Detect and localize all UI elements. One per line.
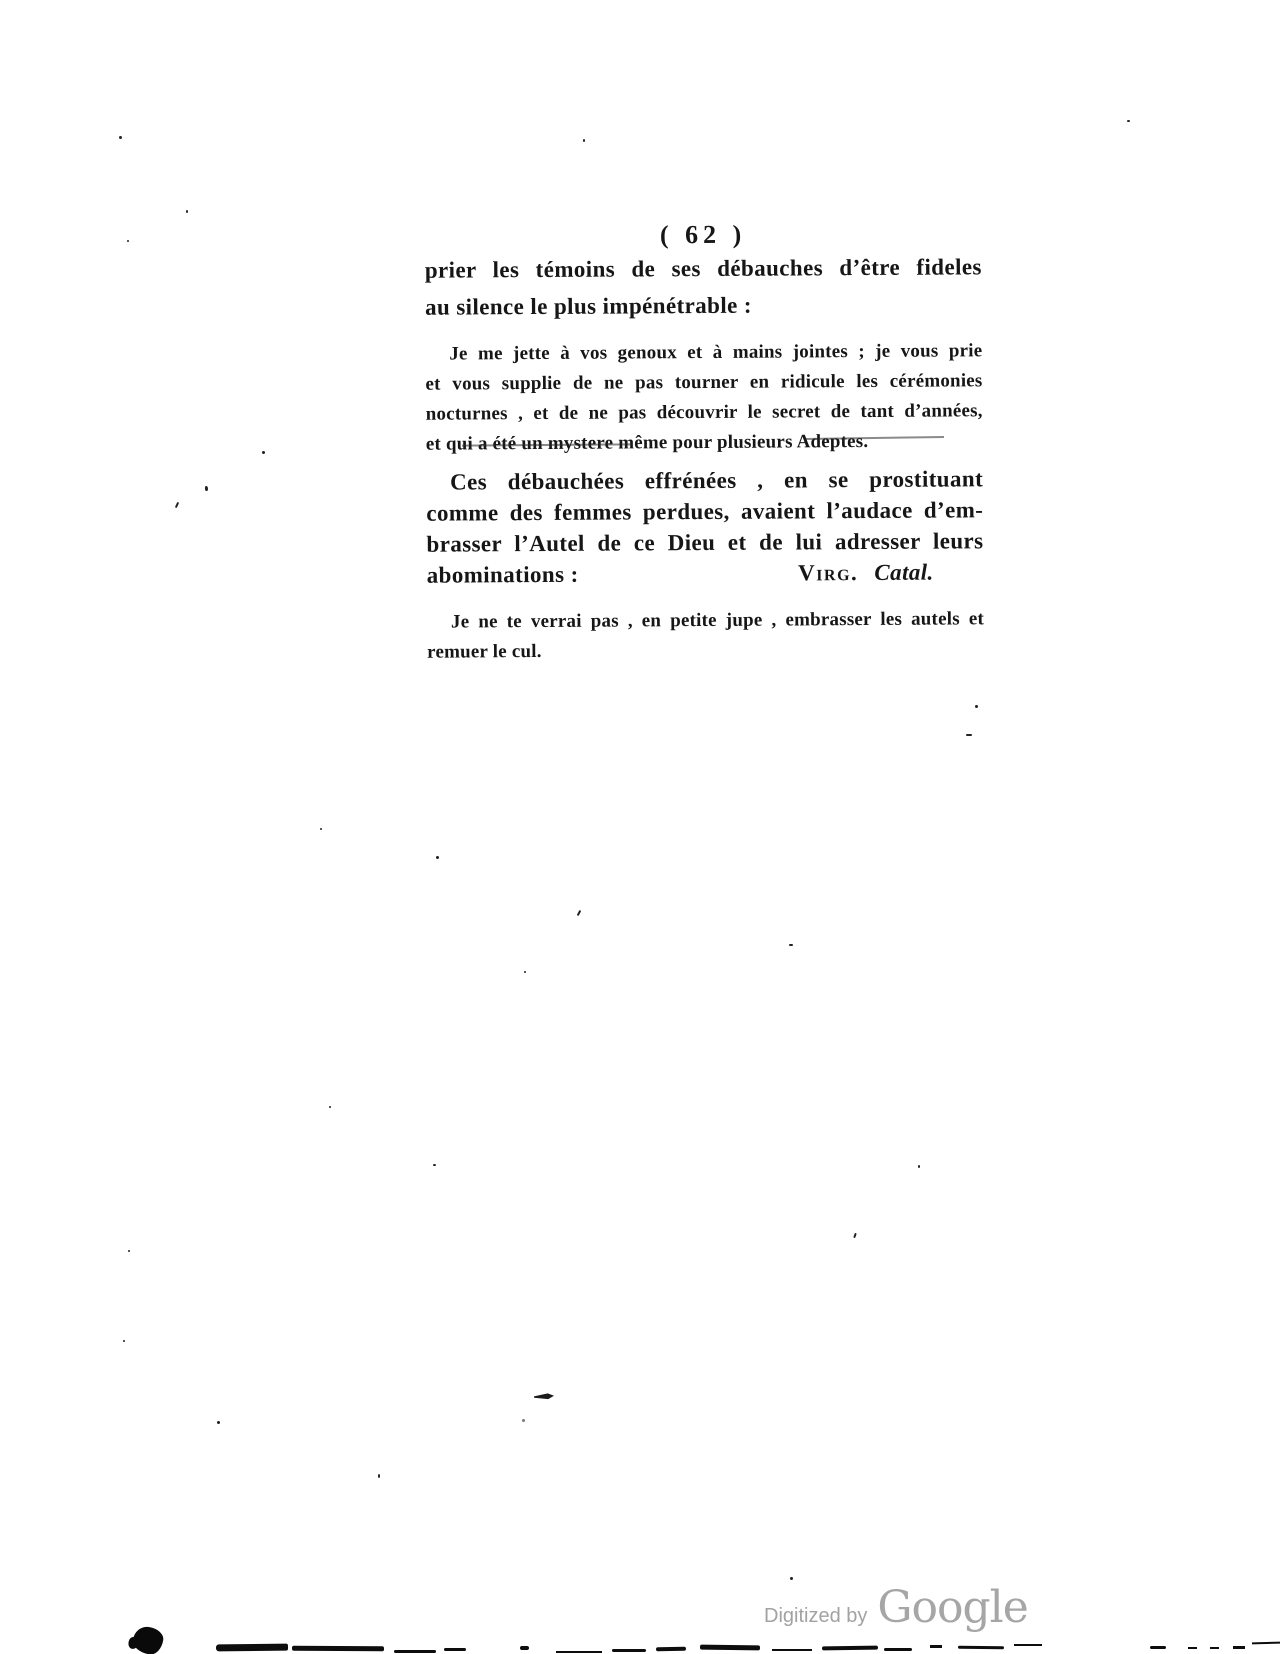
text-line: Je ne te verrai pas , en petite jupe , e… xyxy=(427,608,984,641)
ink-speck xyxy=(378,1474,380,1478)
ink-speck xyxy=(123,1340,125,1342)
edge-mark xyxy=(656,1647,686,1652)
ink-speck xyxy=(966,734,972,736)
citation: Virg. Catal. xyxy=(798,560,934,587)
text-line: comme des femmes perdues, avaient l’auda… xyxy=(426,497,983,531)
edge-mark xyxy=(884,1648,912,1651)
edge-mark xyxy=(1188,1647,1197,1649)
ink-speck xyxy=(329,1106,331,1108)
attribution-line: abominations : Virg. Catal. xyxy=(427,559,984,593)
text-line: nocturnes , et de ne pas découvrir le se… xyxy=(426,400,983,433)
text-block: ( 62 ) prier les témoins de ses débauche… xyxy=(423,0,990,1654)
ink-speck xyxy=(127,240,129,242)
ink-speck xyxy=(789,944,793,946)
ink-speck xyxy=(522,1419,525,1422)
edge-mark xyxy=(822,1646,878,1651)
edge-mark xyxy=(700,1645,760,1651)
edge-mark xyxy=(1150,1646,1166,1649)
ink-speck xyxy=(217,1421,220,1424)
ink-blob xyxy=(131,1625,164,1654)
citation-author: Virg. xyxy=(798,560,858,585)
edge-mark xyxy=(216,1644,288,1652)
text-line: au silence le plus impénétrable : xyxy=(425,291,982,331)
edge-mark xyxy=(556,1651,602,1653)
ink-speck xyxy=(433,1164,436,1166)
ink-speck xyxy=(790,1577,793,1580)
paragraph-main: Ces débauchées effrénées , en se prostit… xyxy=(426,466,984,593)
ink-speck xyxy=(1127,120,1130,122)
edge-mark xyxy=(930,1645,942,1648)
ink-speck xyxy=(205,486,208,491)
paragraph-continuation: prier les témoins de ses débauches d’êtr… xyxy=(425,254,982,331)
ink-speck xyxy=(436,856,439,859)
ink-speck xyxy=(918,1165,920,1168)
blockquote-verse: Je ne te verrai pas , en petite jupe , e… xyxy=(427,608,984,671)
edge-mark xyxy=(1252,1642,1280,1645)
edge-mark xyxy=(292,1646,384,1652)
edge-mark xyxy=(394,1650,436,1653)
edge-mark xyxy=(1014,1644,1042,1646)
google-logo: Google xyxy=(877,1586,1027,1630)
text-line: brasser l’Autel de ce Dieu et de lui adr… xyxy=(426,528,983,562)
edge-mark xyxy=(444,1648,466,1651)
text-line: prier les témoins de ses débauches d’êtr… xyxy=(425,254,982,294)
ink-speck xyxy=(524,971,526,973)
edge-mark xyxy=(772,1649,812,1651)
ink-speck xyxy=(186,210,188,213)
ink-speck xyxy=(583,139,585,142)
page-number: ( 62 ) xyxy=(425,218,982,251)
citation-work: Catal. xyxy=(874,560,933,585)
edge-mark xyxy=(520,1646,529,1650)
edge-mark xyxy=(1210,1647,1219,1649)
ink-speck xyxy=(119,136,122,139)
text-line: abominations : xyxy=(427,562,579,588)
text-line: Ces débauchées effrénées , en se prostit… xyxy=(426,466,983,500)
edge-mark xyxy=(612,1649,646,1652)
ink-speck xyxy=(262,451,265,454)
watermark: Digitized by Google xyxy=(764,1586,1028,1630)
text-line: et qui a été un mystere même pour plusie… xyxy=(426,430,983,463)
ink-speck xyxy=(175,502,179,508)
ink-speck xyxy=(975,705,978,708)
edge-mark xyxy=(1233,1646,1245,1649)
scanned-book-page: ( 62 ) prier les témoins de ses débauche… xyxy=(0,0,1280,1654)
text-line: et vous supplie de ne pas tourner en rid… xyxy=(425,370,982,403)
ink-speck xyxy=(128,1250,130,1252)
text-line: Je me jette à vos genoux et à mains join… xyxy=(425,340,982,373)
digitized-by-label: Digitized by xyxy=(764,1605,867,1628)
edge-mark xyxy=(958,1646,1004,1649)
ink-speck xyxy=(320,828,322,830)
text-line: remuer le cul. xyxy=(427,638,984,671)
